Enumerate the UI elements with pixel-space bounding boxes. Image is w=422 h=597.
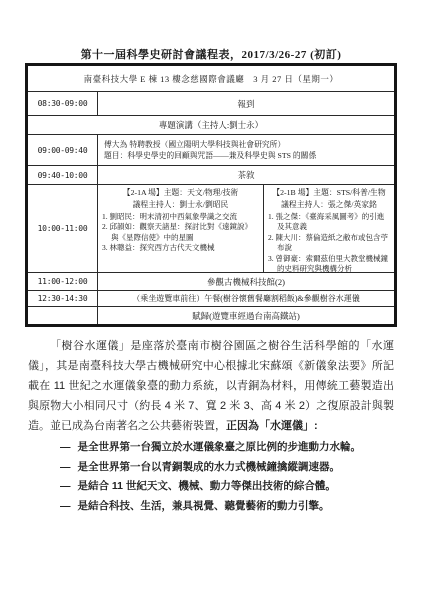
time-cell: 11:00-12:00 — [28, 273, 98, 290]
table-header-row: 南臺科技大學 E 棟 13 樓念慈國際會議廳 3 月 27 日（星期一） — [28, 66, 394, 91]
time-cell — [28, 307, 98, 324]
list-item-text: 是全世界第一台獨立於水運儀象臺之原比例的步進動力水輪。 — [78, 438, 362, 458]
table-row-museum-visit: 11:00-12:00 參觀古機械科技館(2) — [28, 272, 394, 290]
dash-marker: — — [60, 438, 71, 458]
session-title: 【2-1A 場】主題：天文/物理/技術 — [102, 188, 259, 199]
dash-marker: — — [60, 477, 71, 497]
session-paper: 2. 邱韻如：觀察天諸星：探討比對《遠鏡說》與《星際信使》中的星圖 — [102, 222, 259, 243]
document-page: 第十一屆科學史研討會議程表，2017/3/26-27 (初訂) 南臺科技大學 E… — [0, 0, 422, 597]
session-title: 【2-1B 場】主題：STS/科普/生物 — [268, 188, 390, 199]
event-label: 茶敘 — [98, 166, 394, 184]
table-row-registration: 08:30-09:00 報到 — [28, 91, 394, 115]
keynote-topic: 題目：科學史學史的回顧與咒語——兼及科學史與 STS 的關係 — [104, 150, 316, 161]
list-item: — 是結合科技、生活，兼具視覺、聽覺藝術的動力引擎。 — [60, 497, 394, 517]
table-row-lunch: 12:30-14:30 （乘坐遊覽車前往）午餐(樹谷懷舊餐廳割稻飯)&參觀樹谷水… — [28, 290, 394, 306]
feature-list: — 是全世界第一台獨立於水運儀象臺之原比例的步進動力水輪。 — 是全世界第一台以… — [60, 438, 394, 516]
dash-marker: — — [60, 497, 71, 517]
session-paper: 1. 張之傑：《臺海采風圖考》的引進及其意義 — [268, 212, 390, 233]
table-row-keynote-banner: 專題演講（主持人:劉士永） — [28, 115, 394, 134]
keynote-banner-label: 專題演講（主持人:劉士永） — [28, 116, 394, 134]
list-item: — 是結合 11 世紀天文、機械、動力等傑出技術的綜合體。 — [60, 477, 394, 497]
list-item-text: 是結合 11 世紀天文、機械、動力等傑出技術的綜合體。 — [78, 477, 336, 497]
session-paper: 3. 林聰益：探究西方古代天文機械 — [102, 243, 259, 254]
session-2-1A: 【2-1A 場】主題：天文/物理/技術 議程主持人：劉士永/劉昭民 1. 劉昭民… — [98, 185, 264, 272]
event-label: 參觀古機械科技館(2) — [98, 273, 394, 290]
time-cell: 09:40-10:00 — [28, 166, 98, 184]
time-cell: 10:00-11:00 — [28, 185, 98, 272]
event-label: 賦歸(遊覽車經過台南高鐵站) — [98, 307, 394, 324]
time-cell: 08:30-09:00 — [28, 92, 98, 115]
keynote-speaker: 傅大為 特聘教授（國立陽明大學科技與社會研究所） — [104, 139, 285, 150]
paragraph-emphasis: 正因為「水運儀」: — [226, 420, 318, 432]
dash-marker: — — [60, 458, 71, 478]
table-row-tea-break: 09:40-10:00 茶敘 — [28, 165, 394, 184]
intro-paragraph: 「樹谷水運儀」是座落於臺南市樹谷園區之樹谷生活科學館的「水運儀」，其是南臺科技大… — [28, 336, 394, 436]
schedule-table: 南臺科技大學 E 棟 13 樓念慈國際會議廳 3 月 27 日（星期一） 08:… — [25, 63, 397, 327]
event-label: （乘坐遊覽車前往）午餐(樹谷懷舊餐廳割稻飯)&參觀樹谷水運儀 — [98, 291, 394, 306]
table-row-keynote: 09:00-09:40 傅大為 特聘教授（國立陽明大學科技與社會研究所） 題目：… — [28, 134, 394, 165]
list-item-text: 是結合科技、生活，兼具視覺、聽覺藝術的動力引擎。 — [78, 497, 330, 517]
list-item: — 是全世界第一台以青銅製成的水力式機械鐘擒縱調速器。 — [60, 458, 394, 478]
table-row-parallel-sessions: 10:00-11:00 【2-1A 場】主題：天文/物理/技術 議程主持人：劉士… — [28, 184, 394, 272]
session-chair: 議程主持人：劉士永/劉昭民 — [102, 200, 259, 211]
list-item: — 是全世界第一台獨立於水運儀象臺之原比例的步進動力水輪。 — [60, 438, 394, 458]
page-title: 第十一屆科學史研討會議程表，2017/3/26-27 (初訂) — [0, 46, 422, 62]
paragraph-body: 「樹谷水運儀」是座落於臺南市樹谷園區之樹谷生活科學館的「水運儀」，其是南臺科技大… — [28, 340, 394, 432]
table-row-return: 賦歸(遊覽車經過台南高鐵站) — [28, 306, 394, 324]
event-label: 報到 — [98, 92, 394, 115]
keynote-details: 傅大為 特聘教授（國立陽明大學科技與社會研究所） 題目：科學史學史的回顧與咒語—… — [98, 135, 394, 165]
venue-date-header: 南臺科技大學 E 棟 13 樓念慈國際會議廳 3 月 27 日（星期一） — [28, 66, 394, 91]
session-2-1B: 【2-1B 場】主題：STS/科普/生物 議程主持人：張之傑/英家銘 1. 張之… — [264, 185, 394, 272]
session-paper: 1. 劉昭民：明末清初中西氣象學識之交流 — [102, 212, 259, 223]
session-paper: 2. 陳大川：蔡倫造紙之敝布或包含苧布說 — [268, 233, 390, 254]
list-item-text: 是全世界第一台以青銅製成的水力式機械鐘擒縱調速器。 — [78, 458, 341, 478]
session-chair: 議程主持人：張之傑/英家銘 — [268, 200, 390, 211]
time-cell: 09:00-09:40 — [28, 135, 98, 165]
time-cell: 12:30-14:30 — [28, 291, 98, 306]
article-text: 「樹谷水運儀」是座落於臺南市樹谷園區之樹谷生活科學館的「水運儀」，其是南臺科技大… — [28, 336, 394, 516]
